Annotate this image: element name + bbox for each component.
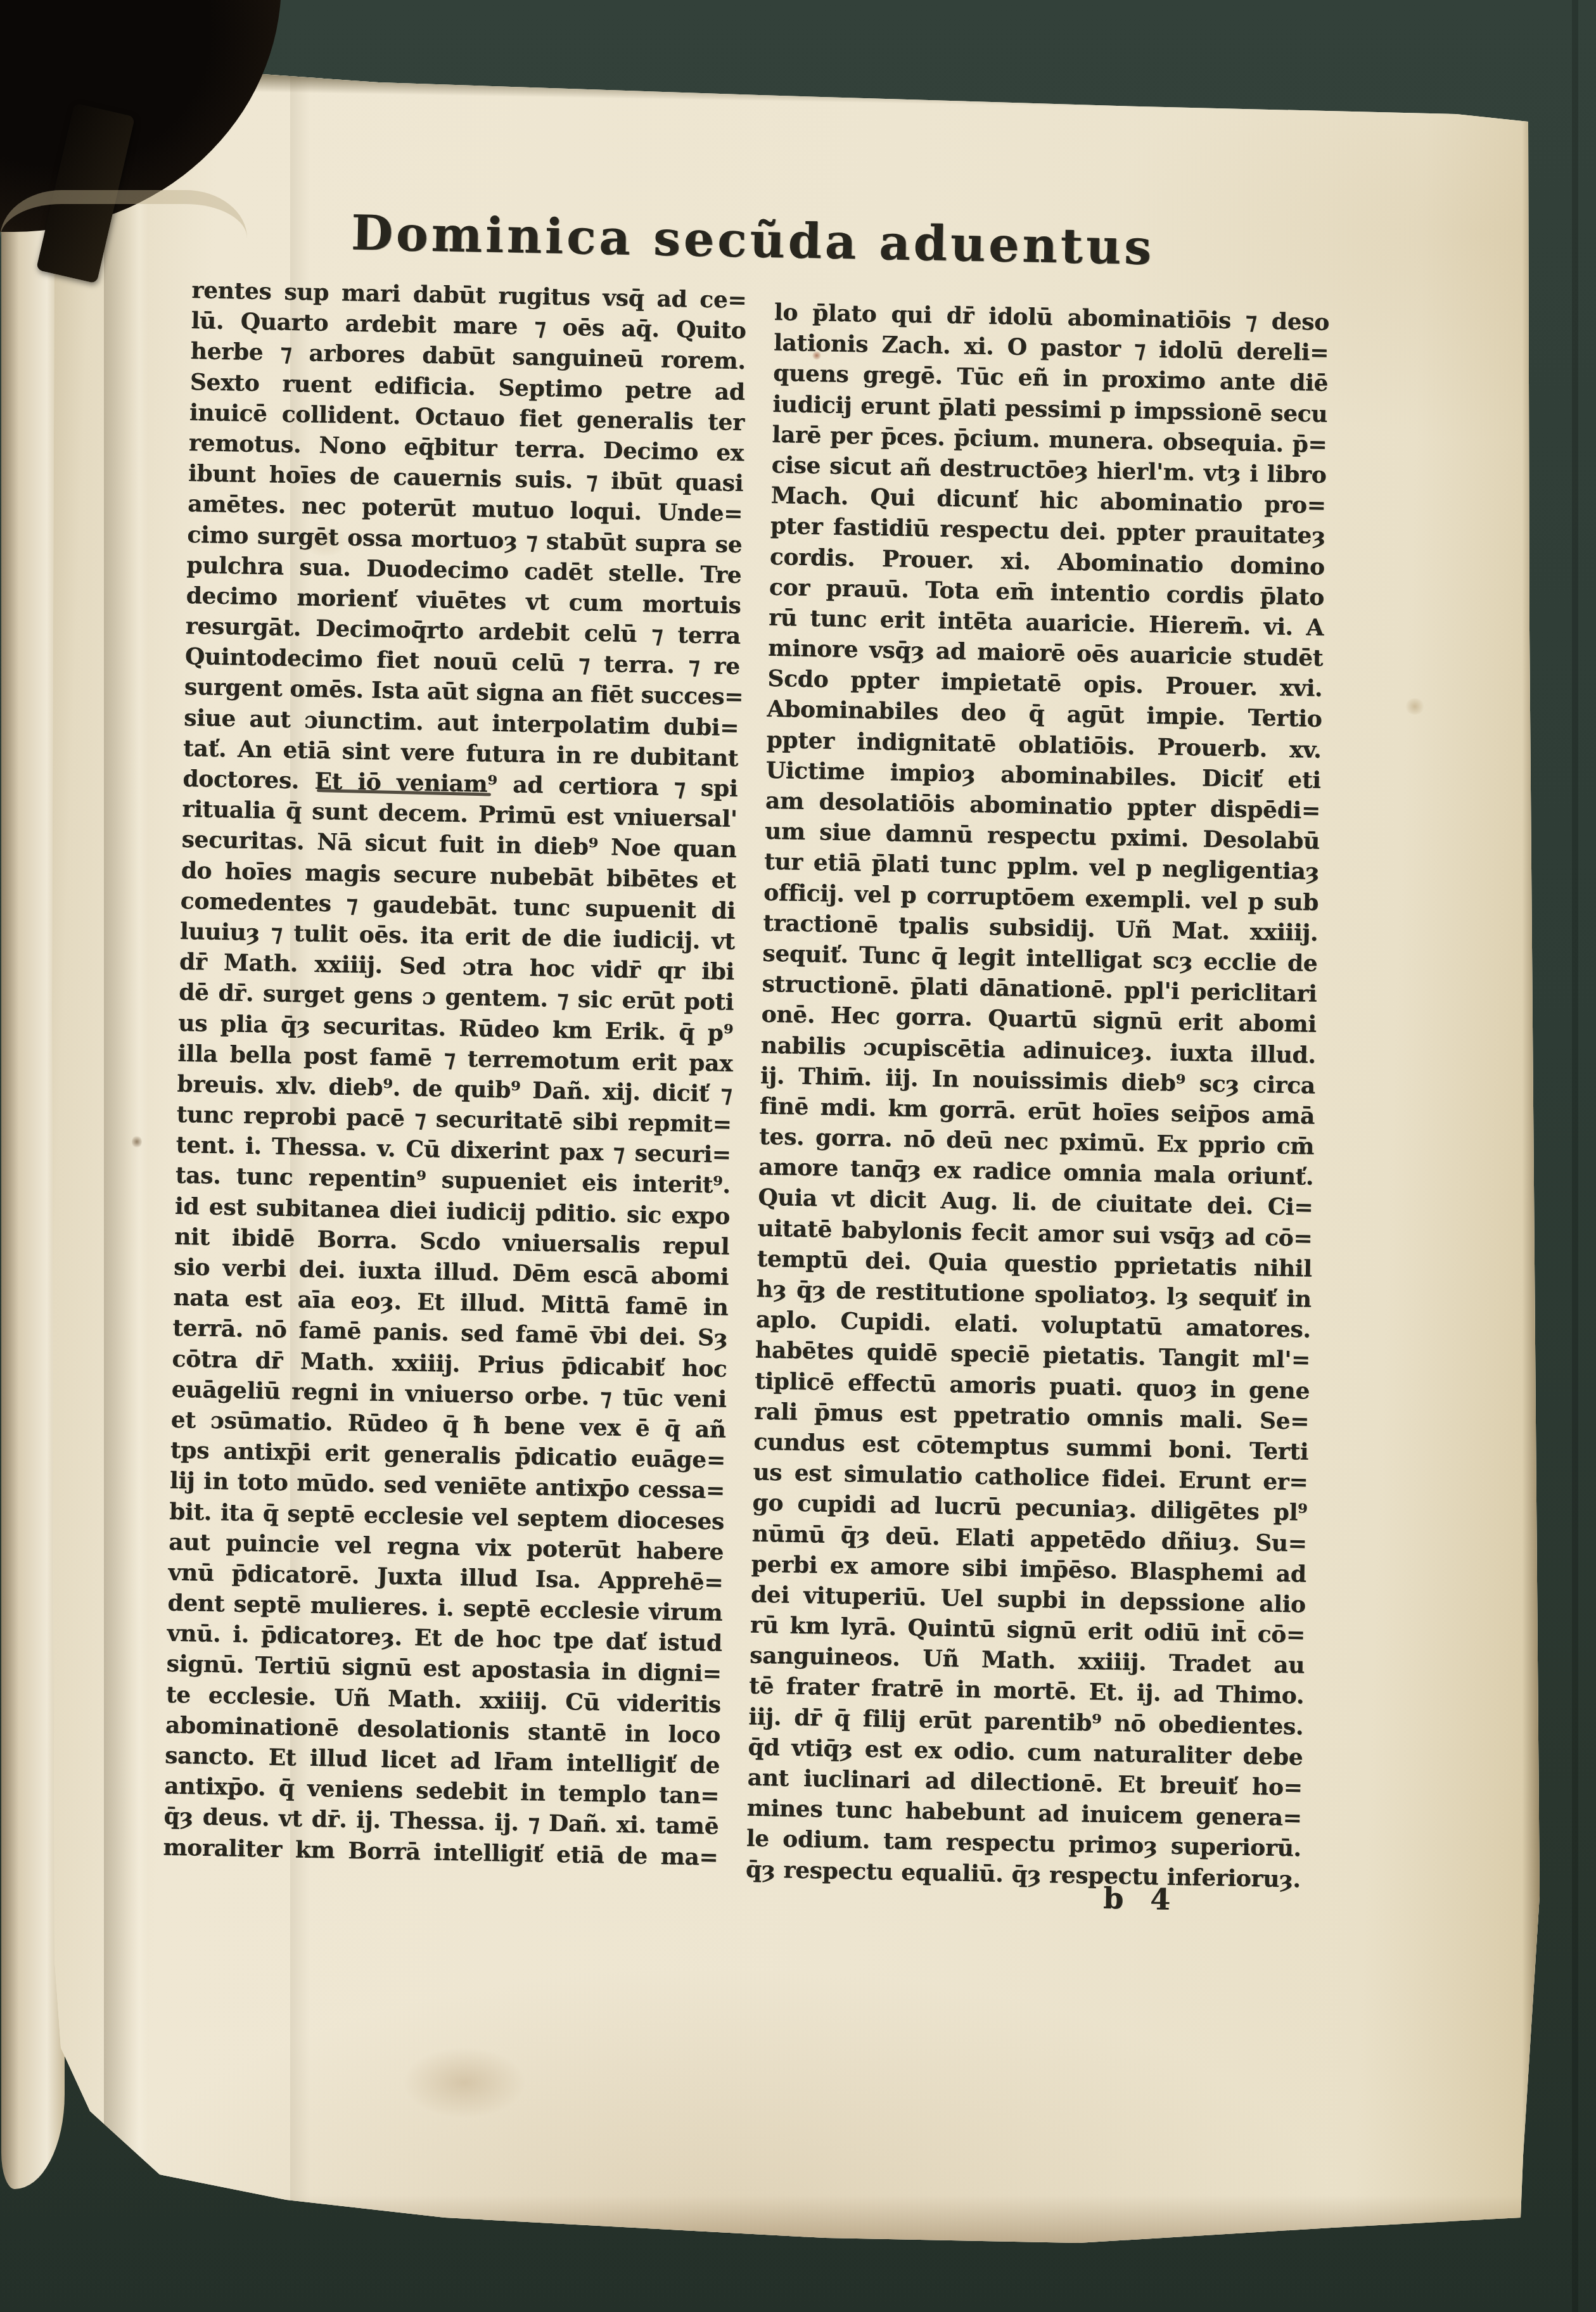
page-fore-edge-stain — [1521, 109, 1540, 2232]
quire-signature: b 4 — [1103, 1881, 1171, 1917]
page-bottom-edge-stain — [49, 2195, 1540, 2256]
foxing-spot — [132, 1135, 142, 1148]
book-head-edge — [0, 190, 247, 286]
gutter-crease — [104, 58, 148, 2256]
photo-backdrop: Dominica secũda aduentus rentes sup mari… — [0, 0, 1596, 2312]
page-heading: Dominica secũda aduentus — [350, 205, 1154, 276]
printed-text-block: Dominica secũda aduentus rentes sup mari… — [156, 204, 1434, 2159]
text-column-right: lo p̄lato qui dr̄ idolū abominatiōis ⁊ d… — [746, 297, 1330, 1894]
text-column-left: rentes sup mari dabūt rugitus vsq̄ ad ce… — [163, 275, 747, 1872]
book-page: Dominica secũda aduentus rentes sup mari… — [49, 58, 1540, 2256]
page-top-edge-stain — [41, 52, 1562, 117]
backdrop-seam — [1572, 0, 1578, 2312]
